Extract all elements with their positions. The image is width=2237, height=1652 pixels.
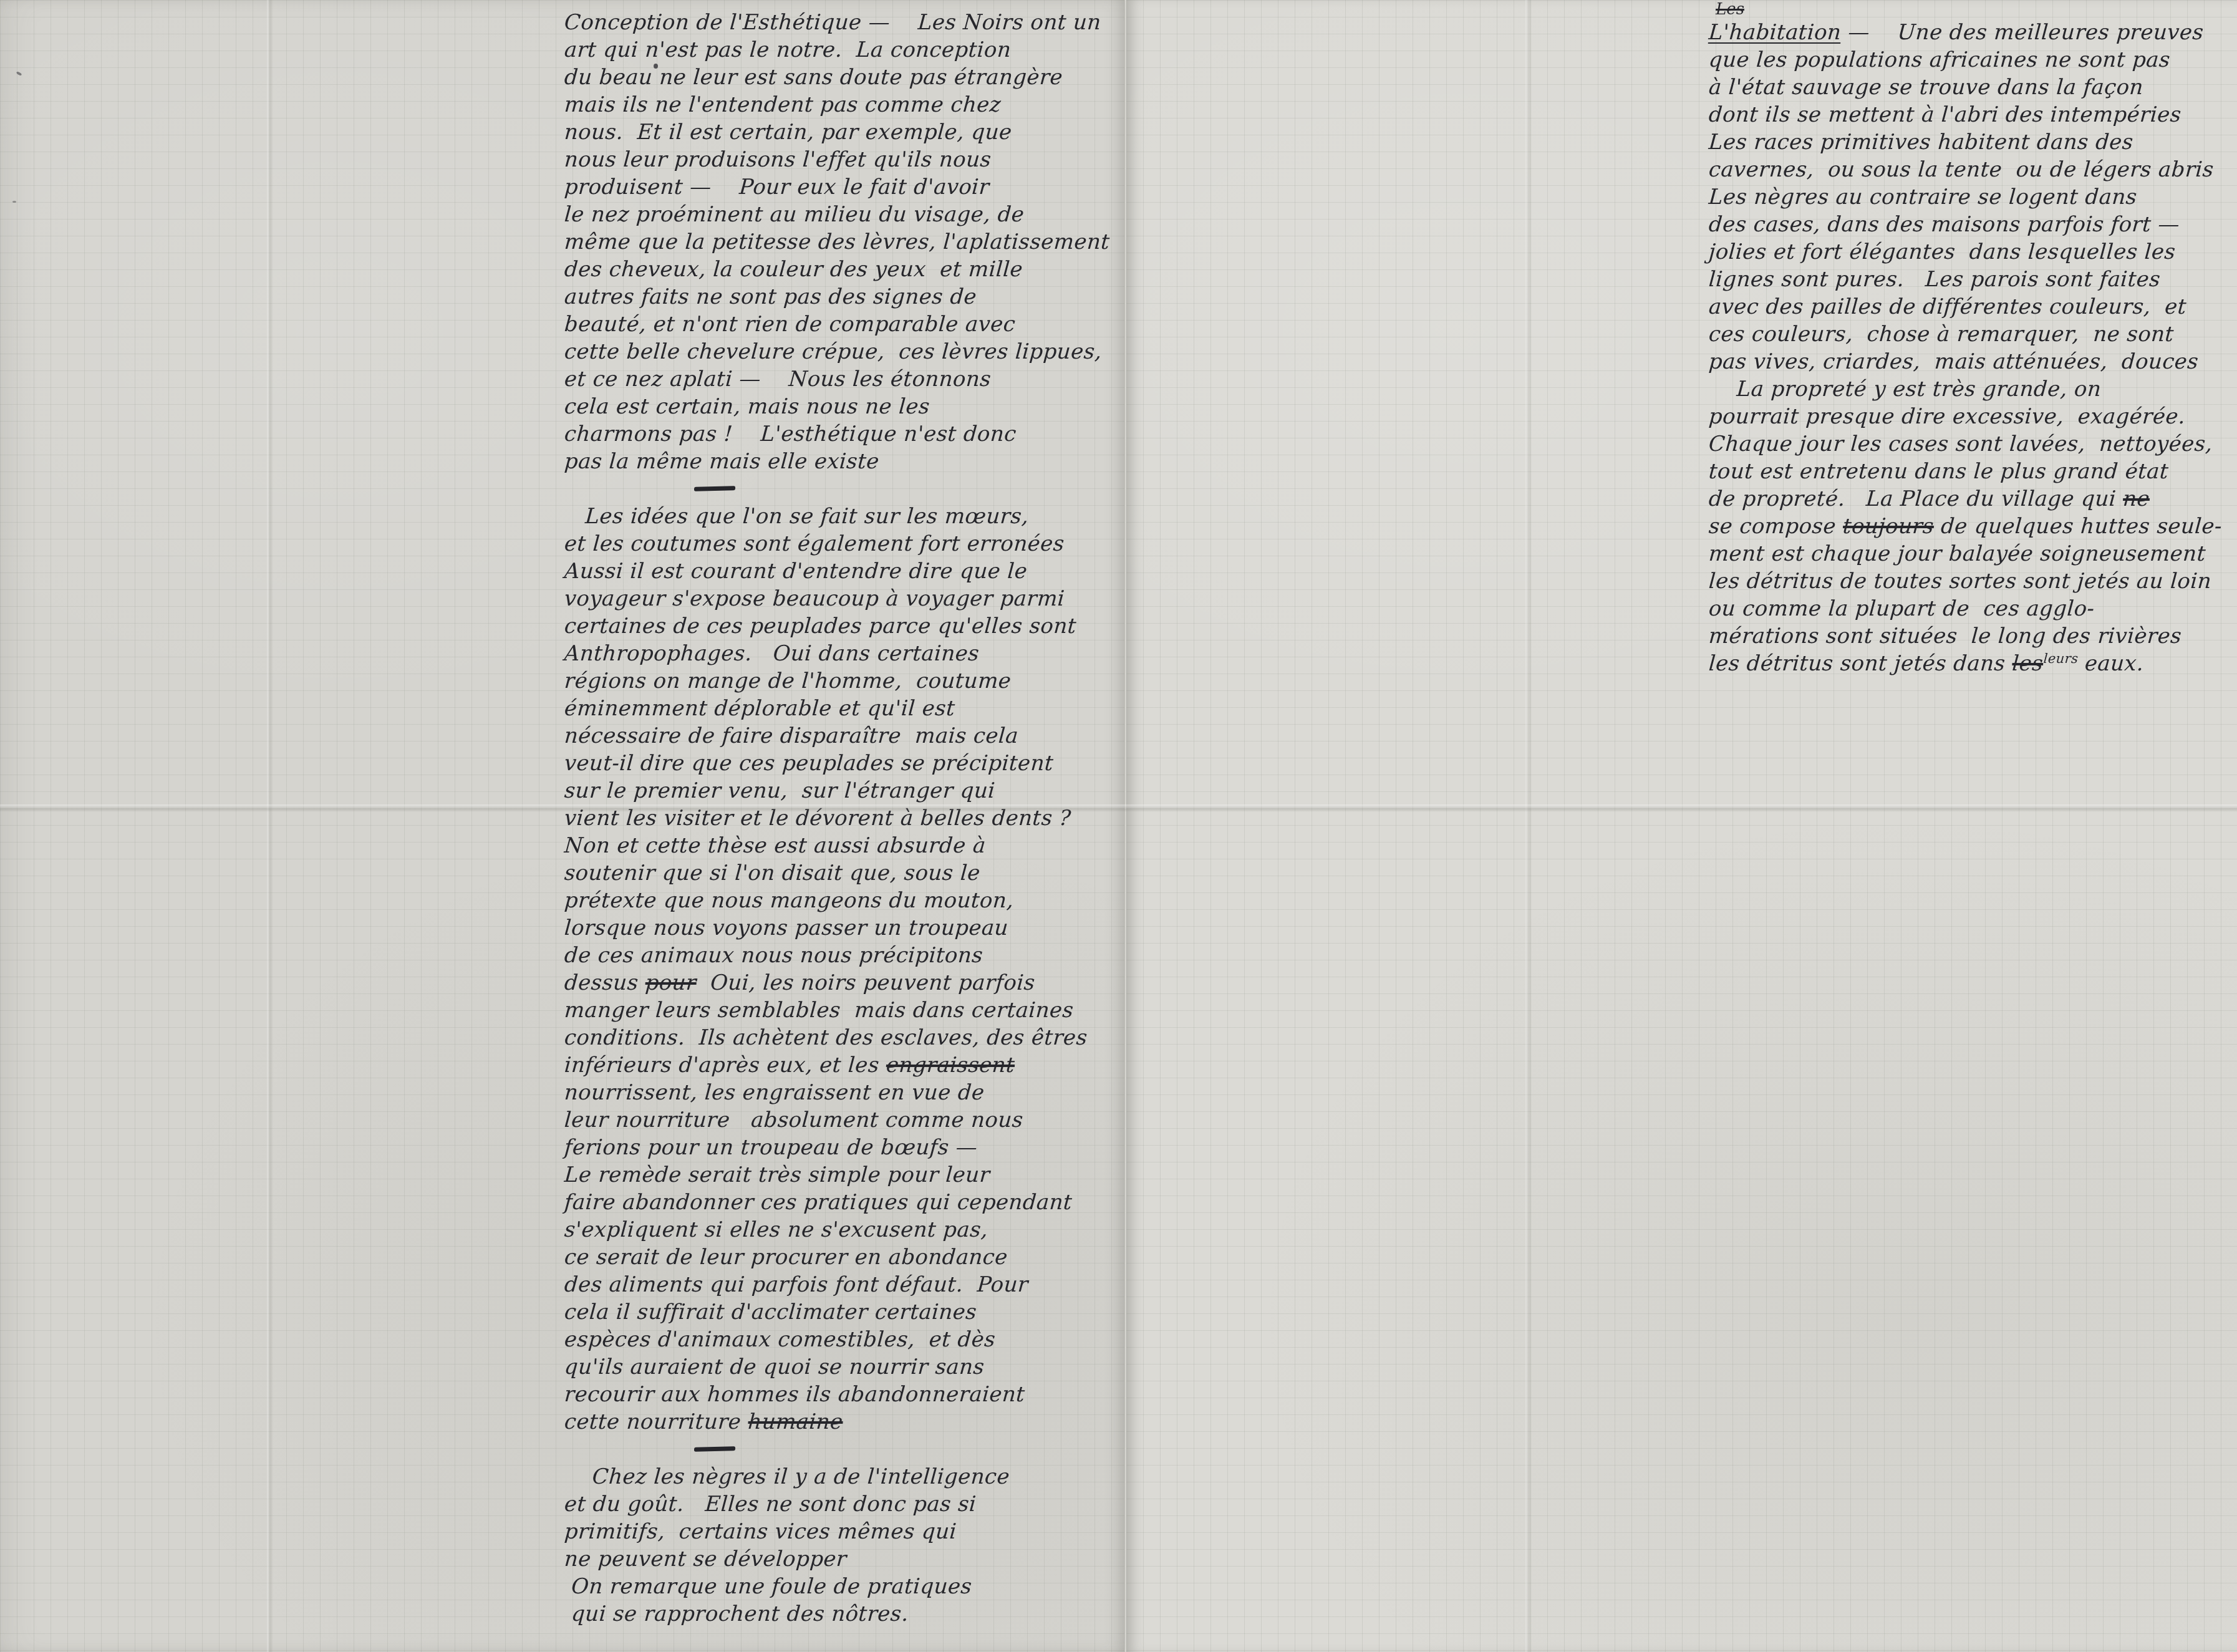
manuscript-line: leur nourriture absolument comme nous [563, 1106, 1129, 1134]
manuscript-line: Non et cette thèse est aussi absurde à [563, 832, 1129, 859]
manuscript-line: cela est certain, mais nous ne les [563, 393, 1129, 420]
right-text-column: L'habitation — Une des meilleures preuve… [1709, 19, 2237, 677]
manuscript-line: ne peuvent se développer [563, 1545, 1129, 1573]
manuscript-line: Conception de l'Esthétique — Les Noirs o… [563, 9, 1129, 36]
corner-strikethrough-fragment: Les [1716, 0, 1744, 19]
manuscript-line: pas vives, criardes, mais atténuées, dou… [1708, 348, 2237, 375]
manuscript-line: conditions. Ils achètent des esclaves, d… [563, 1024, 1129, 1051]
manuscript-line: jolies et fort élégantes dans lesquelles… [1708, 238, 2237, 266]
manuscript-line: veut-il dire que ces peuplades se précip… [563, 750, 1129, 777]
manuscript-line: cavernes, ou sous la tente ou de légers … [1708, 156, 2237, 183]
manuscript-line: cela il suffirait d'acclimater certaines [563, 1298, 1129, 1326]
manuscript-line: beauté, et n'ont rien de comparable avec [563, 311, 1129, 338]
manuscript-line: La propreté y est très grande, on [1708, 375, 2237, 403]
manuscript-line: Aussi il est courant d'entendre dire que… [563, 558, 1129, 585]
manuscript-line: qui se rapprochent des nôtres. [563, 1600, 1129, 1628]
manuscript-line: Chaque jour les cases sont lavées, netto… [1708, 430, 2237, 458]
manuscript-line: des cheveux, la couleur des yeux et mill… [563, 256, 1129, 283]
manuscript-line: ou comme la plupart de ces agglo- [1708, 595, 2237, 622]
manuscript-line: lorsque nous voyons passer un troupeau [563, 914, 1129, 942]
manuscript-line: sur le premier venu, sur l'étranger qui [563, 777, 1129, 804]
manuscript-line: et les coutumes sont également fort erro… [563, 530, 1129, 558]
manuscript-line: et ce nez aplati — Nous les étonnons [563, 365, 1129, 393]
manuscript-line: avec des pailles de différentes couleurs… [1708, 293, 2237, 321]
manuscript-line: les détritus sont jetés dans lesleurs ea… [1708, 650, 2237, 677]
manuscript-line: ces couleurs, chose à remarquer, ne sont [1708, 321, 2237, 348]
manuscript-line: mais ils ne l'entendent pas comme chez [563, 91, 1129, 118]
manuscript-line: à l'état sauvage se trouve dans la façon [1708, 74, 2237, 101]
fold-crease-vertical [267, 0, 273, 1652]
manuscript-photograph: Conception de l'Esthétique — Les Noirs o… [0, 0, 2237, 1652]
manuscript-line: Le remède serait très simple pour leur [563, 1161, 1129, 1189]
manuscript-line: faire abandonner ces pratiques qui cepen… [563, 1189, 1129, 1216]
manuscript-line: ce serait de leur procurer en abondance [563, 1244, 1129, 1271]
manuscript-line: soutenir que si l'on disait que, sous le [563, 859, 1129, 887]
manuscript-line [563, 1436, 1129, 1463]
manuscript-line: recourir aux hommes ils abandonneraient [563, 1381, 1129, 1408]
manuscript-line: pas la même mais elle existe [563, 448, 1129, 475]
manuscript-line: L'habitation — Une des meilleures preuve… [1708, 19, 2237, 46]
manuscript-line: nourrissent, les engraissent en vue de [563, 1079, 1129, 1106]
manuscript-line: régions on mange de l'homme, coutume [563, 667, 1129, 695]
manuscript-line: Chez les nègres il y a de l'intelligence [563, 1463, 1129, 1490]
manuscript-line: inférieurs d'après eux, et les engraisse… [563, 1051, 1129, 1079]
manuscript-line: de ces animaux nous nous précipitons [563, 942, 1129, 969]
fold-crease-vertical [1525, 0, 1532, 1652]
manuscript-line: se compose toujours de quelques huttes s… [1708, 513, 2237, 540]
manuscript-line: même que la petitesse des lèvres, l'apla… [563, 228, 1129, 256]
manuscript-line: qu'ils auraient de quoi se nourrir sans [563, 1353, 1129, 1381]
manuscript-line: le nez proéminent au milieu du visage, d… [563, 201, 1129, 228]
ink-speck [654, 64, 658, 69]
manuscript-line: On remarque une foule de pratiques [563, 1573, 1129, 1600]
manuscript-line: nous. Et il est certain, par exemple, qu… [563, 118, 1129, 146]
manuscript-line: cette belle chevelure crépue, ces lèvres… [563, 338, 1129, 365]
manuscript-page-right: Les L'habitation — Une des meilleures pr… [1126, 0, 2237, 1652]
manuscript-line: lignes sont pures. Les parois sont faite… [1708, 266, 2237, 293]
manuscript-line: espèces d'animaux comestibles, et dès [563, 1326, 1129, 1353]
manuscript-line: prétexte que nous mangeons du mouton, [563, 887, 1129, 914]
manuscript-line: manger leurs semblables mais dans certai… [563, 997, 1129, 1024]
manuscript-line: tout est entretenu dans le plus grand ét… [1708, 458, 2237, 485]
manuscript-line: dont ils se mettent à l'abri des intempé… [1708, 101, 2237, 128]
page-edge [1124, 0, 1126, 1652]
section-divider-dash [694, 1446, 735, 1452]
left-text-column: Conception de l'Esthétique — Les Noirs o… [564, 9, 1129, 1628]
manuscript-line: les détritus de toutes sortes sont jetés… [1708, 568, 2237, 595]
fold-crease-horizontal [0, 804, 2237, 812]
ink-speck [12, 201, 16, 203]
manuscript-line: pourrait presque dire excessive, exagéré… [1708, 403, 2237, 430]
ink-speck [16, 71, 22, 76]
section-divider-dash [694, 486, 735, 491]
manuscript-line: dessus pour Oui, les noirs peuvent parfo… [563, 969, 1129, 997]
manuscript-line: Les idées que l'on se fait sur les mœurs… [563, 503, 1129, 530]
manuscript-line: des cases, dans des maisons parfois fort… [1708, 211, 2237, 238]
manuscript-line: éminemment déplorable et qu'il est [563, 695, 1129, 722]
manuscript-line: voyageur s'expose beaucoup à voyager par… [563, 585, 1129, 612]
manuscript-line: de propreté. La Place du village qui ne [1708, 485, 2237, 513]
manuscript-line: Les nègres au contraire se logent dans [1708, 183, 2237, 211]
manuscript-line [563, 475, 1129, 503]
manuscript-line: ment est chaque jour balayée soigneuseme… [1708, 540, 2237, 568]
manuscript-line: s'expliquent si elles ne s'excusent pas, [563, 1216, 1129, 1244]
manuscript-line: primitifs, certains vices mêmes qui [563, 1518, 1129, 1545]
manuscript-line: ferions pour un troupeau de bœufs — [563, 1134, 1129, 1161]
manuscript-line: cette nourriture humaine [563, 1408, 1129, 1436]
manuscript-line: du beau ne leur est sans doute pas étran… [563, 64, 1129, 91]
manuscript-line: que les populations africaines ne sont p… [1708, 46, 2237, 74]
manuscript-line: art qui n'est pas le notre. La conceptio… [563, 36, 1129, 64]
manuscript-line: autres faits ne sont pas des signes de [563, 283, 1129, 311]
manuscript-line: et du goût. Elles ne sont donc pas si [563, 1490, 1129, 1518]
manuscript-line: Anthropophages. Oui dans certaines [563, 640, 1129, 667]
manuscript-line: produisent — Pour eux le fait d'avoir [563, 173, 1129, 201]
manuscript-line: des aliments qui parfois font défaut. Po… [563, 1271, 1129, 1298]
manuscript-line: mérations sont situées le long des riviè… [1708, 622, 2237, 650]
manuscript-line: charmons pas ! L'esthétique n'est donc [563, 420, 1129, 448]
manuscript-line: nécessaire de faire disparaître mais cel… [563, 722, 1129, 750]
manuscript-page-left: Conception de l'Esthétique — Les Noirs o… [0, 0, 1126, 1652]
manuscript-line: Les races primitives habitent dans des [1708, 128, 2237, 156]
manuscript-line: nous leur produisons l'effet qu'ils nous [563, 146, 1129, 173]
manuscript-line: certaines de ces peuplades parce qu'elle… [563, 612, 1129, 640]
